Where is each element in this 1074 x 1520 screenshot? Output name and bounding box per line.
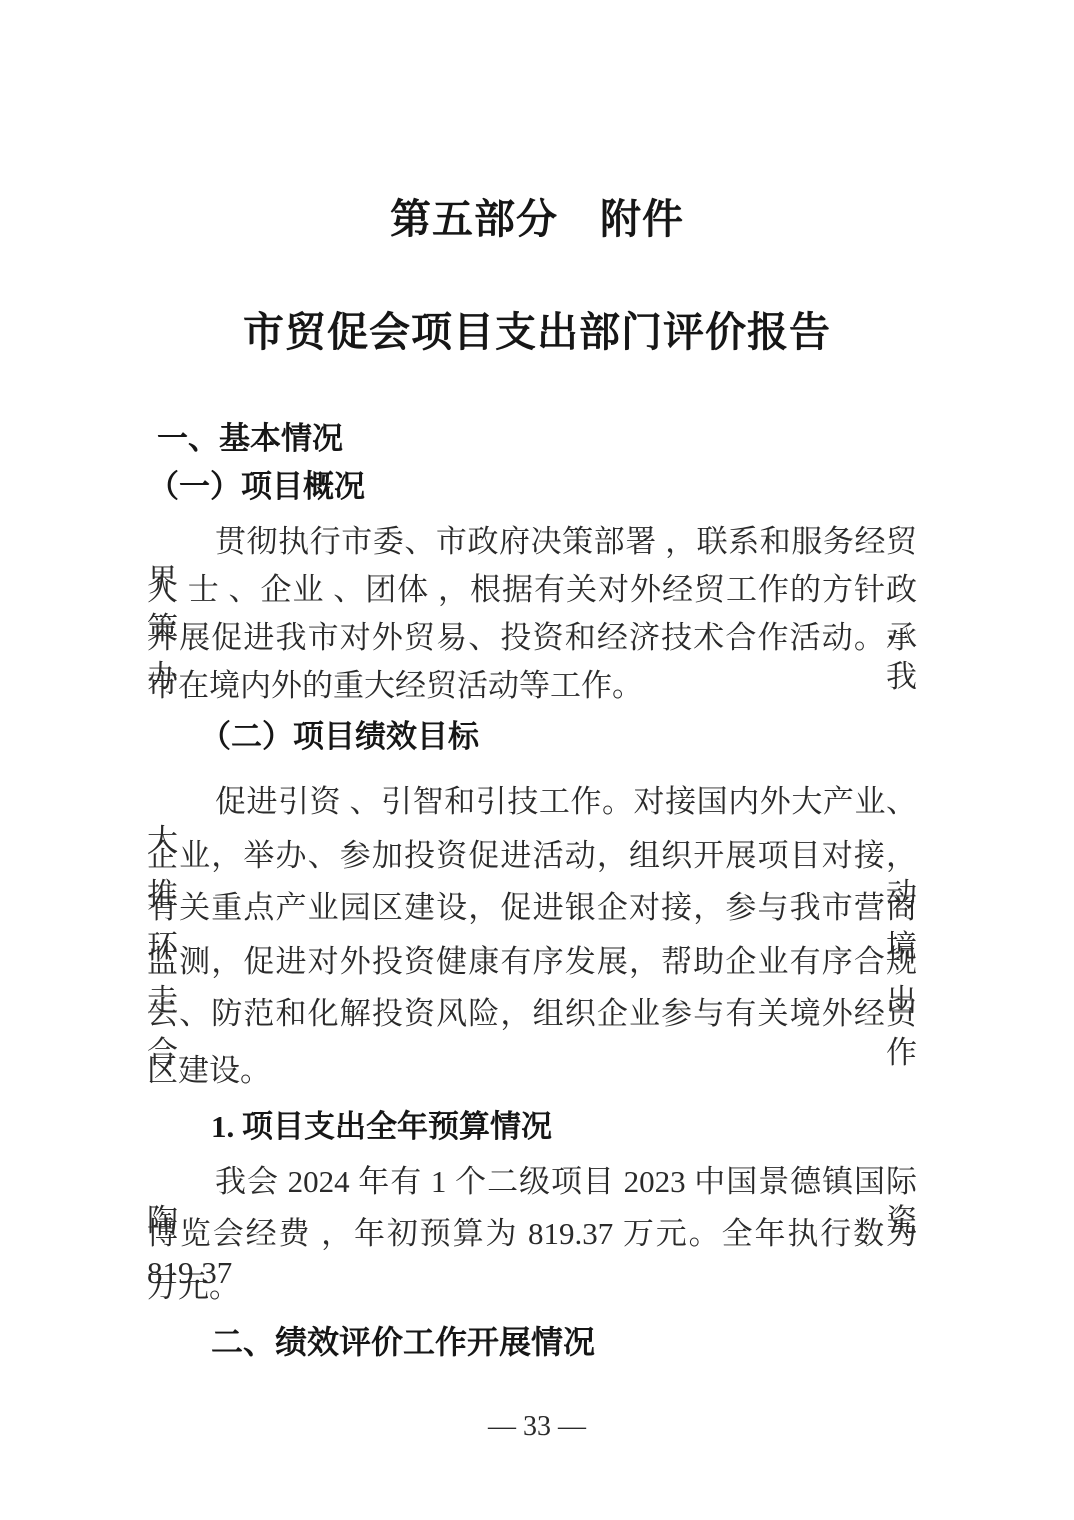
report-title: 市贸促会项目支出部门评价报告 xyxy=(0,299,1074,358)
body-line: 万元。 xyxy=(147,1268,917,1307)
part-title: 第五部分 附件 xyxy=(0,186,1074,245)
body-line: 区建设。 xyxy=(147,1052,917,1091)
body-line: 市在境内外的重大经贸活动等工作。 xyxy=(147,667,917,706)
heading-evaluation-work: 二、绩效评价工作开展情况 xyxy=(211,1322,595,1362)
page-number: — 33 — xyxy=(0,1411,1074,1443)
heading-project-overview: （一）项目概况 xyxy=(148,468,365,507)
report-page: 第五部分 附件 市贸促会项目支出部门评价报告 一、基本情况 （一）项目概况 贯彻… xyxy=(0,0,1074,1520)
heading-budget-situation: 1. 项目支出全年预算情况 xyxy=(211,1108,552,1147)
heading-performance-target: （二）项目绩效目标 xyxy=(200,718,479,757)
heading-basic-info: 一、基本情况 xyxy=(157,420,343,459)
